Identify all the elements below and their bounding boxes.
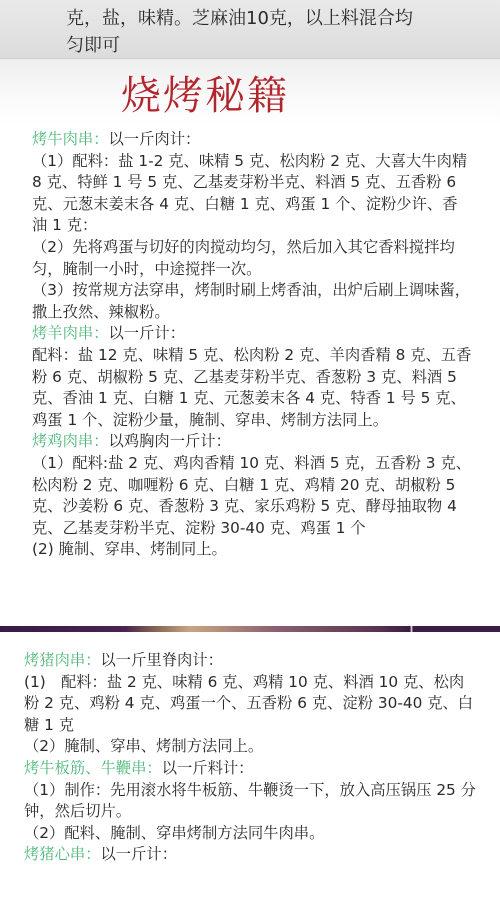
fragment-line-1: 克，盐，味精。芝麻油10克，以上料混合均 — [66, 4, 413, 30]
heading-label: 烤羊肉串： — [32, 324, 109, 342]
heading-subtitle: 以一斤计： — [101, 845, 178, 863]
section-heading-pork: 烤猪肉串：以一斤里脊肉计： — [24, 650, 476, 672]
paragraph: （3）按常规方法穿串，烤制时刷上烤香油，出炉后刷上调味酱，撒上孜然、辣椒粉。 — [32, 280, 472, 323]
section-heading-beef: 烤牛肉串：以一斤肉计： — [32, 129, 472, 151]
paragraph: (1) 配料：盐 2 克、味精 6 克、鸡精 10 克、料酒 10 克、松肉粉 … — [24, 672, 476, 737]
heading-label: 烤牛肉串： — [32, 130, 109, 148]
heading-label: 烤鸡肉串： — [32, 432, 109, 450]
recipe-block-2: 烤猪肉串：以一斤里脊肉计： (1) 配料：盐 2 克、味精 6 克、鸡精 10 … — [24, 650, 476, 866]
paragraph: （1）制作：先用滚水将牛板筋、牛鞭烫一下，放入高压锅压 25 分 钟，然后切片。 — [24, 780, 476, 823]
section-heading-pork-heart: 烤猪心串：以一斤计： — [24, 844, 476, 866]
heading-subtitle: 以一斤料计： — [162, 759, 254, 777]
paragraph: 配料：盐 12 克、味精 5 克、松肉粉 2 克、羊肉香精 8 克、五香粉 6 … — [32, 345, 472, 431]
paragraph: （2）先将鸡蛋与切好的肉搅动均匀，然后加入其它香料搅拌均匀，腌制一小时，中途搅拌… — [32, 237, 472, 280]
previous-page-fragment: 克，盐，味精。芝麻油10克，以上料混合均 匀即可 — [0, 0, 500, 59]
heading-label: 烤牛板筋、牛鞭串： — [24, 759, 162, 777]
section-heading-lamb: 烤羊肉串：以一斤计： — [32, 323, 472, 345]
heading-subtitle: 以一斤计： — [109, 324, 186, 342]
paragraph: （1）配料：盐 1-2 克、味精 5 克、松肉粉 2 克、大喜大牛肉精 8 克、… — [32, 151, 472, 237]
heading-label: 烤猪肉串： — [24, 651, 101, 669]
section-heading-chicken: 烤鸡肉串：以鸡胸肉一斤计： — [32, 431, 472, 453]
paragraph: （2）配料、腌制、穿串烤制方法同牛肉串。 — [24, 823, 476, 845]
paragraph: （2）腌制、穿串、烤制方法同上。 — [24, 736, 476, 758]
heading-subtitle: 以一斤里脊肉计： — [101, 651, 223, 669]
recipe-block-1: 烤牛肉串：以一斤肉计： （1）配料：盐 1-2 克、味精 5 克、松肉粉 2 克… — [32, 129, 472, 561]
heading-subtitle: 以一斤肉计： — [109, 130, 201, 148]
paragraph: (2) 腌制、穿串、烤制同上。 — [32, 539, 472, 561]
image-divider-strip — [0, 626, 500, 632]
heading-subtitle: 以鸡胸肉一斤计： — [109, 432, 231, 450]
paragraph: （1）配料:盐 2 克、鸡肉香精 10 克、料酒 5 克，五香粉 3 克、松肉粉… — [32, 453, 472, 539]
section-heading-beef-tendon: 烤牛板筋、牛鞭串：以一斤料计： — [24, 758, 476, 780]
heading-label: 烤猪心串： — [24, 845, 101, 863]
page-title: 烧烤秘籍 — [121, 64, 289, 121]
fragment-line-2: 匀即可 — [66, 31, 120, 57]
